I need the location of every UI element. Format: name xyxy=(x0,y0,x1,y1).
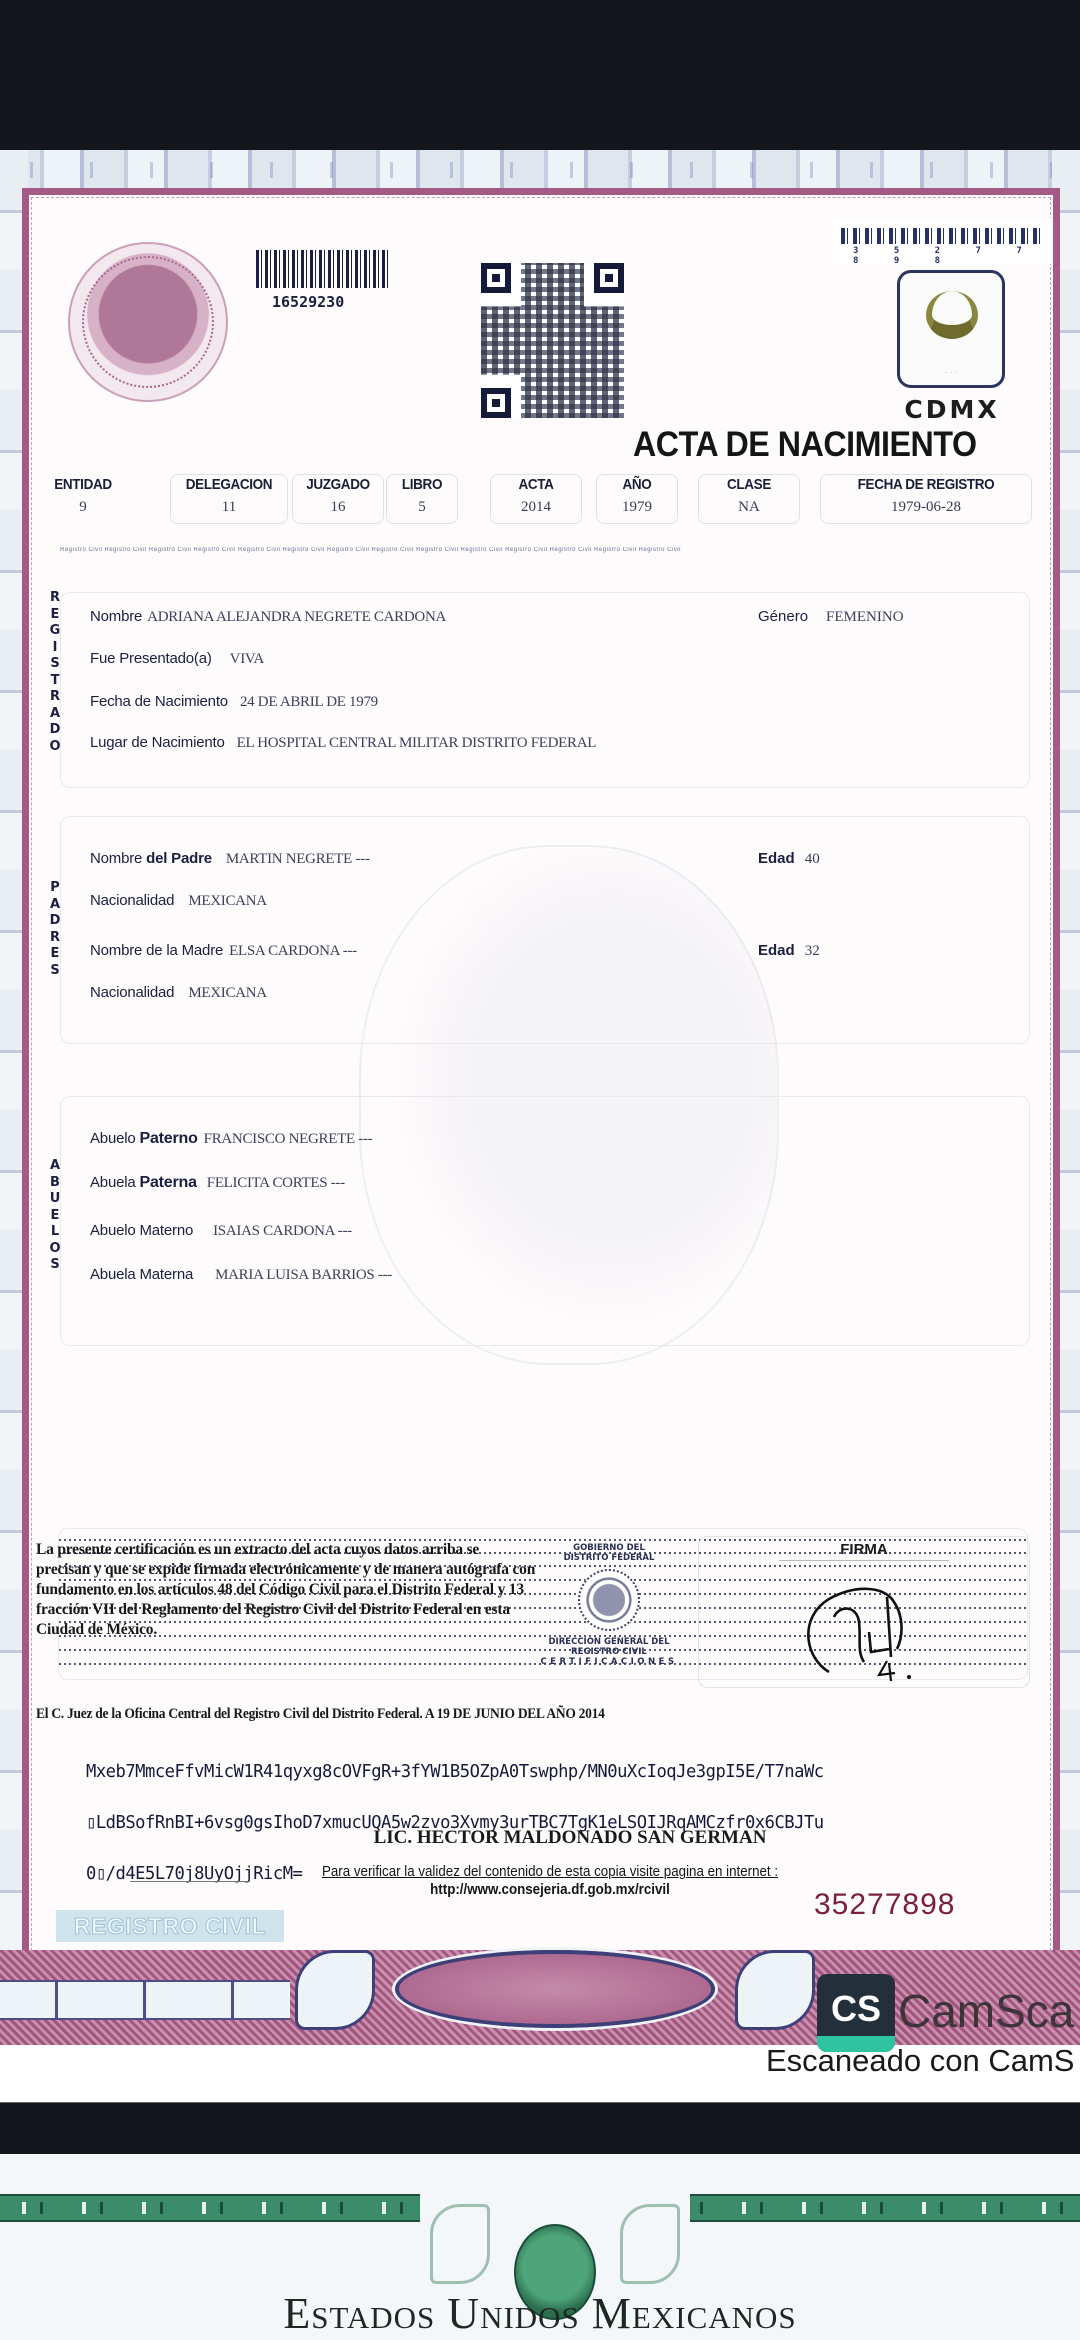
handwritten-signature-icon xyxy=(799,1577,939,1682)
gob-line: GOBIERNO DEL xyxy=(534,1543,684,1553)
value-abuelo-paterno: FRANCISCO NEGRETE --- xyxy=(204,1131,373,1147)
document-title: ACTA DE NACIMIENTO xyxy=(633,425,977,465)
field-madre-edad: Edad32 xyxy=(758,942,820,960)
cdmx-emblem-icon xyxy=(926,291,978,339)
field-presentado: Fue Presentado(a)VIVA xyxy=(90,650,264,668)
verification-text: Para verificar la validez del contenido … xyxy=(274,1863,826,1881)
side-label-registrado: REGISTRADO xyxy=(48,590,62,755)
verification-url[interactable]: http://www.consejeria.df.gob.mx/rcivil xyxy=(274,1881,826,1899)
field-fecha-nacimiento: Fecha de Nacimiento24 DE ABRIL DE 1979 xyxy=(90,693,378,711)
registry-label: JUZGADO xyxy=(302,476,374,493)
field-genero: GéneroFEMENINO xyxy=(758,608,904,626)
top-dark-bar xyxy=(0,0,1080,150)
qr-finder xyxy=(594,263,624,293)
registry-label: ENTIDAD xyxy=(52,476,115,493)
judge-statement: El C. Juez de la Oficina Central del Reg… xyxy=(36,1706,605,1723)
registry-field: ENTIDAD 9 xyxy=(48,476,118,516)
field-madre-nacionalidad: NacionalidadMEXICANA xyxy=(90,984,267,1002)
field-nombre: NombreADRIANA ALEJANDRA NEGRETE CARDONA xyxy=(90,608,446,626)
label-padre-a: Nombre xyxy=(90,850,146,867)
signature-label: FIRMA xyxy=(699,1541,1029,1558)
registry-field: DELEGACION 11 xyxy=(176,476,282,516)
cdmx-label: CDMX xyxy=(900,395,1004,424)
registry-field: CLASE NA xyxy=(704,476,794,516)
label-lugar-nacimiento: Lugar de Nacimiento xyxy=(90,734,225,751)
crest-ornament xyxy=(430,2204,490,2284)
cdmx-logo-smalltext: · · · xyxy=(908,368,994,377)
qr-code xyxy=(481,263,624,418)
registry-label: LIBRO xyxy=(395,476,449,493)
field-padre-nacionalidad: NacionalidadMEXICANA xyxy=(90,892,267,910)
government-seal-block: GOBIERNO DEL DISTRITO FEDERAL DIRECCION … xyxy=(534,1543,684,1667)
certification-text: La presente certificación es un extracto… xyxy=(36,1540,536,1640)
official-name: LIC. HECTOR MALDONADO SAN GERMAN xyxy=(0,1827,1080,1849)
field-lugar-nacimiento: Lugar de NacimientoEL HOSPITAL CENTRAL M… xyxy=(90,734,596,752)
next-page-preview[interactable]: Estados Unidos Mexicanos xyxy=(0,2154,1080,2340)
page-divider-bar xyxy=(0,2102,1080,2154)
label-nacionalidad: Nacionalidad xyxy=(90,984,174,1001)
registro-civil-stamp: REGISTRO CIVIL xyxy=(56,1910,284,1942)
label-abuela-materna: Abuela Materna xyxy=(90,1266,193,1283)
camscanner-watermark: CamSca xyxy=(898,1984,1074,2038)
gob-line: DISTRITO FEDERAL xyxy=(534,1553,684,1563)
value-abuela-paterna: FELICITA CORTES --- xyxy=(207,1175,345,1191)
value-madre-nacionalidad: MEXICANA xyxy=(188,985,266,1001)
ornamental-border: 16529230 3 5 2 7 7 8 9 8 · · · CDMX ACTA… xyxy=(0,150,1080,2045)
registry-value: 9 xyxy=(48,499,118,516)
ornament-chain xyxy=(0,1980,290,2020)
registry-field: ACTA 2014 xyxy=(496,476,576,516)
folio-number: 35277898 xyxy=(814,1888,955,1922)
label-nacionalidad: Nacionalidad xyxy=(90,892,174,909)
label-abuelo: Abuelo xyxy=(90,1130,139,1147)
registry-seal-icon xyxy=(578,1569,640,1631)
label-paterno: Paterno xyxy=(139,1130,197,1147)
value-madre: ELSA CARDONA --- xyxy=(229,943,357,959)
registry-field: LIBRO 5 xyxy=(392,476,452,516)
value-abuelo-materno: ISAIAS CARDONA --- xyxy=(213,1223,352,1239)
national-seal-icon xyxy=(68,242,228,402)
registry-label: DELEGACION xyxy=(181,476,276,493)
label-paterna: Paterna xyxy=(139,1174,196,1191)
scanned-with-text: Escaneado con CamS xyxy=(766,2043,1074,2079)
qr-finder xyxy=(481,388,511,418)
registry-info-row: ENTIDAD 9 DELEGACION 11 JUZGADO 16 LIBRO… xyxy=(48,476,1038,536)
scanned-document: 16529230 3 5 2 7 7 8 9 8 · · · CDMX ACTA… xyxy=(0,150,1080,2102)
dir-line: CERTIFICACIONES xyxy=(534,1657,684,1667)
camscanner-logo-icon: CS xyxy=(817,1974,895,2052)
cdmx-logo-icon: · · · xyxy=(897,270,1005,388)
label-padre-b: del Padre xyxy=(146,850,212,867)
microtext-line: Registro Civil Registro Civil Registro C… xyxy=(60,547,1010,555)
registry-label: ACTA xyxy=(500,476,572,493)
qr-finder xyxy=(481,263,511,293)
field-abuelo-materno: Abuelo MaternoISAIAS CARDONA --- xyxy=(90,1222,352,1240)
label-fecha-nacimiento: Fecha de Nacimiento xyxy=(90,693,228,710)
value-madre-edad: 32 xyxy=(805,943,820,959)
side-label-padres: PADRES xyxy=(48,880,62,979)
crest-ornament xyxy=(620,2204,680,2284)
label-madre: Nombre de la Madre xyxy=(90,942,223,959)
label-abuela: Abuela xyxy=(90,1174,139,1191)
barcode-left-number: 16529230 xyxy=(272,293,344,311)
signature-underline xyxy=(779,1560,949,1561)
side-label-abuelos: ABUELOS xyxy=(48,1158,62,1274)
label-nombre: Nombre xyxy=(90,608,142,625)
field-padre-edad: Edad40 xyxy=(758,850,820,868)
ornament-oval xyxy=(395,1950,715,2028)
registry-label: AÑO xyxy=(606,476,669,493)
field-abuela-paterna: Abuela PaternaFELICITA CORTES --- xyxy=(90,1174,345,1192)
value-padre-edad: 40 xyxy=(805,851,820,867)
value-nombre: ADRIANA ALEJANDRA NEGRETE CARDONA xyxy=(147,609,446,625)
label-edad: Edad xyxy=(758,942,795,959)
field-padre: Nombre del PadreMARTIN NEGRETE --- xyxy=(90,850,370,868)
registry-label: FECHA DE REGISTRO xyxy=(836,476,1016,493)
registry-field: FECHA DE REGISTRO 1979-06-28 xyxy=(826,476,1026,516)
value-genero: FEMENINO xyxy=(826,609,904,625)
field-abuela-materna: Abuela MaternaMARIA LUISA BARRIOS --- xyxy=(90,1266,392,1284)
barcode-right-bars xyxy=(841,228,1041,244)
next-page-heading: Estados Unidos Mexicanos xyxy=(0,2288,1080,2339)
value-presentado: VIVA xyxy=(230,651,264,667)
label-presentado: Fue Presentado(a) xyxy=(90,650,212,667)
label-edad: Edad xyxy=(758,850,795,867)
dir-line: REGISTRO CIVIL xyxy=(534,1647,684,1657)
dir-line: DIRECCION GENERAL DEL xyxy=(534,1637,684,1647)
value-padre-nacionalidad: MEXICANA xyxy=(188,893,266,909)
border-top-pattern xyxy=(0,150,1080,192)
barcode-left xyxy=(256,250,390,288)
registry-field: AÑO 1979 xyxy=(602,476,672,516)
field-abuelo-paterno: Abuelo PaternoFRANCISCO NEGRETE --- xyxy=(90,1130,372,1148)
field-madre: Nombre de la MadreELSA CARDONA --- xyxy=(90,942,357,960)
label-genero: Género xyxy=(758,608,808,625)
value-padre: MARTIN NEGRETE --- xyxy=(226,851,370,867)
verification-note: Para verificar la validez del contenido … xyxy=(274,1863,826,1899)
value-fecha-nacimiento: 24 DE ABRIL DE 1979 xyxy=(240,694,378,710)
label-abuelo-materno: Abuelo Materno xyxy=(90,1222,193,1239)
signature-box: FIRMA xyxy=(698,1536,1030,1688)
camscanner-badge-text: CS xyxy=(817,1988,895,2030)
registry-label: CLASE xyxy=(709,476,790,493)
barcode-right: 3 5 2 7 7 8 9 8 xyxy=(833,218,1051,264)
barcode-right-digits: 3 5 2 7 7 8 9 8 xyxy=(853,246,1051,266)
ornament-scroll xyxy=(295,1950,375,2030)
verify-rule xyxy=(130,1881,250,1882)
value-abuela-materna: MARIA LUISA BARRIOS --- xyxy=(215,1267,392,1283)
value-lugar-nacimiento: EL HOSPITAL CENTRAL MILITAR DISTRITO FED… xyxy=(237,735,597,751)
registry-field: JUZGADO 16 xyxy=(298,476,378,516)
ornament-scroll xyxy=(735,1950,815,2030)
hash-line: Mxeb7MmceFfvMicW1R41qyxg8cOVFgR+3fYW1B5O… xyxy=(86,1764,997,1781)
